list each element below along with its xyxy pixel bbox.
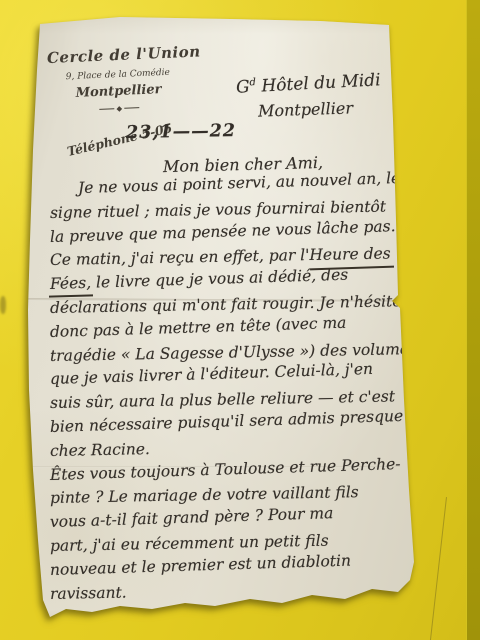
letterhead-club-name: Cercle de l'Union	[47, 43, 188, 67]
letter-photograph: Cercle de l'Union 9, Place de la Comédie…	[0, 0, 480, 640]
hotel-prefix: G	[236, 77, 251, 98]
handwritten-hotel-city: Montpellier	[258, 98, 354, 120]
letter-body: Je ne vous ai point servi, au nouvel an,…	[50, 178, 417, 606]
letterhead-address: 9, Place de la Comédie	[48, 67, 188, 83]
hotel-rest: Hôtel du Midi	[256, 70, 381, 96]
handwritten-date: 23,1——22	[126, 121, 236, 143]
ornament-bar	[99, 108, 114, 110]
letterhead-city: Montpellier	[48, 81, 189, 102]
ornament-diamond	[116, 106, 122, 112]
letter-sheet: Cercle de l'Union 9, Place de la Comédie…	[0, 0, 480, 640]
printed-letterhead: Cercle de l'Union 9, Place de la Comédie…	[47, 43, 190, 114]
handwritten-hotel-name: Gd Hôtel du Midi	[236, 70, 381, 98]
letter-sheet-shadow: Cercle de l'Union 9, Place de la Comédie…	[0, 0, 480, 640]
letterhead-ornament	[97, 105, 141, 112]
ornament-bar	[124, 107, 139, 109]
